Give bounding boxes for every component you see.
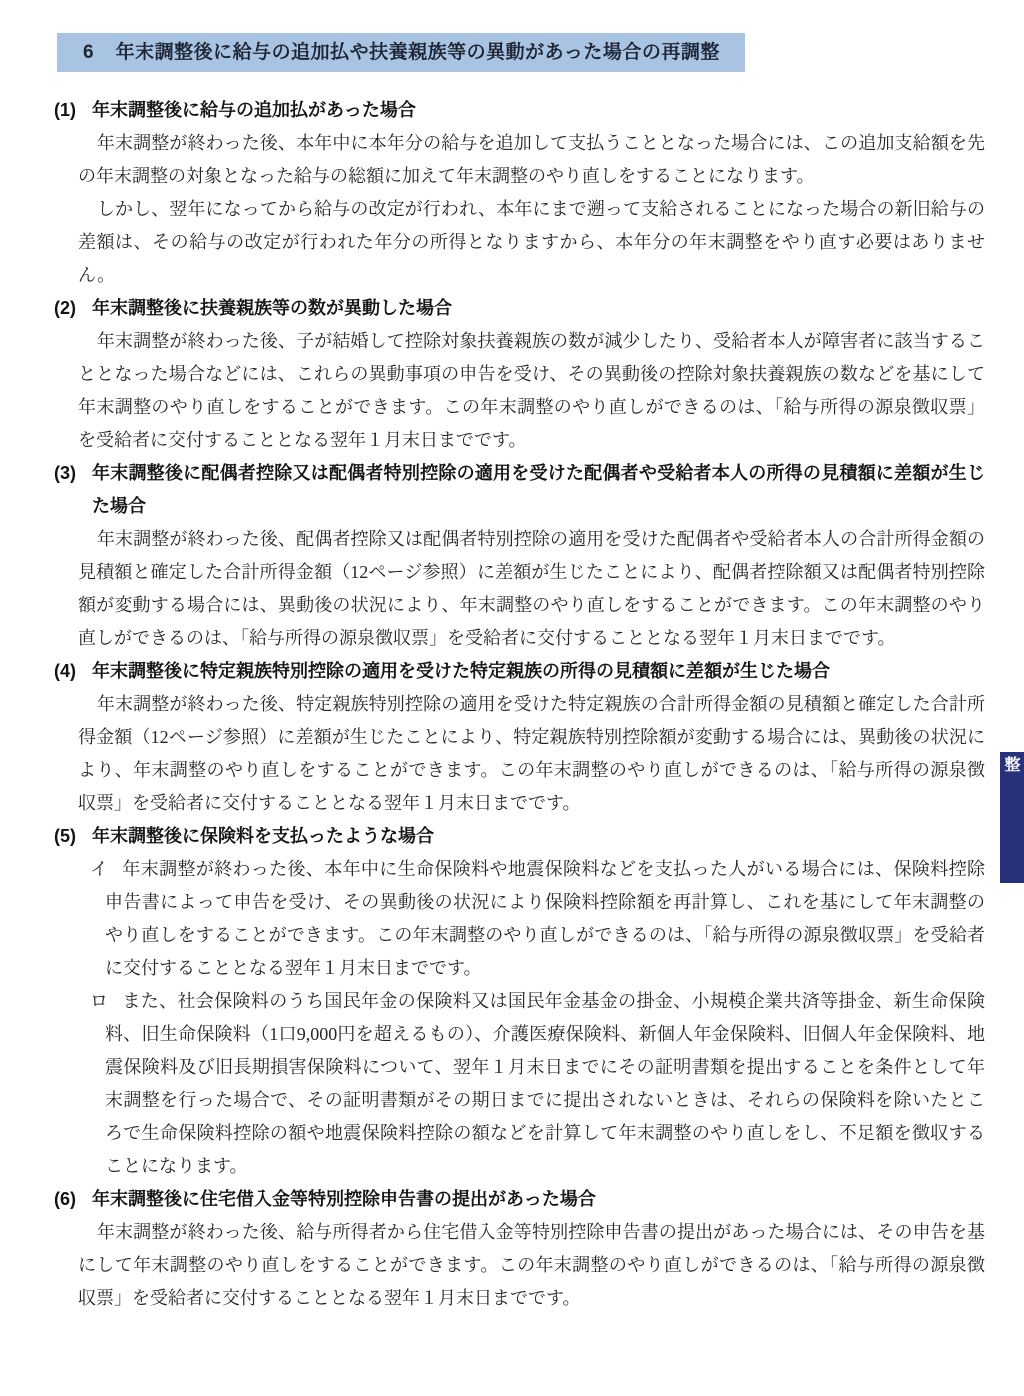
section-heading-number: (2) [54, 292, 76, 325]
section-heading: (1)年末調整後に給与の追加払があった場合 [53, 94, 985, 127]
section-heading-text: 年末調整後に給与の追加払があった場合 [92, 100, 416, 120]
section-heading-text: 年末調整後に配偶者控除又は配偶者特別控除の適用を受けた配偶者や受給者本人の所得の… [92, 463, 985, 516]
subitem-text: また、社会保険料のうち国民年金の保険料又は国民年金基金の掛金、小規模企業共済等掛… [105, 991, 985, 1176]
section-heading-number: (6) [54, 1183, 76, 1216]
section-heading-text: 年末調整後に扶養親族等の数が異動した場合 [92, 298, 452, 318]
section-heading-text: 年末調整後に保険料を支払ったような場合 [92, 826, 434, 846]
subitem-text: 年末調整が終わった後、本年中に生命保険料や地震保険料などを支払った人がいる場合に… [105, 859, 985, 978]
section-heading-number: (1) [54, 94, 76, 127]
section-paragraph: 年末調整が終わった後、子が結婚して控除対象扶養親族の数が減少したり、受給者本人が… [78, 325, 985, 457]
section-paragraph: 年末調整が終わった後、本年中に本年分の給与を追加して支払うこととなった場合には、… [78, 127, 985, 193]
page-edge-tab-label: 年末調整再調整 [999, 752, 1024, 883]
section-paragraph: しかし、翌年になってから給与の改定が行われ、本年にまで遡って支給されることになっ… [78, 193, 985, 292]
section-heading: (3)年末調整後に配偶者控除又は配偶者特別控除の適用を受けた配偶者や受給者本人の… [53, 457, 985, 523]
section-paragraph: 年末調整が終わった後、給与所得者から住宅借入金等特別控除申告書の提出があった場合… [78, 1216, 985, 1315]
section-heading: (6)年末調整後に住宅借入金等特別控除申告書の提出があった場合 [53, 1183, 985, 1216]
section-heading-text: 年末調整後に住宅借入金等特別控除申告書の提出があった場合 [92, 1189, 596, 1209]
section-header-bar: 6年末調整後に給与の追加払や扶養親族等の異動があった場合の再調整 [57, 33, 745, 72]
section-subitem: ロまた、社会保険料のうち国民年金の保険料又は国民年金基金の掛金、小規模企業共済等… [105, 985, 985, 1183]
section-subitem: イ年末調整が終わった後、本年中に生命保険料や地震保険料などを支払った人がいる場合… [105, 853, 985, 985]
section-1: (1)年末調整後に給与の追加払があった場合 年末調整が終わった後、本年中に本年分… [53, 94, 985, 292]
section-paragraph: 年末調整が終わった後、特定親族特別控除の適用を受けた特定親族の合計所得金額の見積… [78, 688, 985, 820]
page-edge-tab: 年末調整再調整 [1000, 752, 1024, 883]
subitem-marker: ロ [90, 985, 108, 1018]
section-heading-number: (3) [54, 457, 76, 490]
section-4: (4)年末調整後に特定親族特別控除の適用を受けた特定親族の所得の見積額に差額が生… [53, 655, 985, 820]
section-header-title: 年末調整後に給与の追加払や扶養親族等の異動があった場合の再調整 [116, 42, 720, 63]
section-heading-number: (5) [54, 820, 76, 853]
section-5: (5)年末調整後に保険料を支払ったような場合 イ年末調整が終わった後、本年中に生… [53, 820, 985, 1183]
section-2: (2)年末調整後に扶養親族等の数が異動した場合 年末調整が終わった後、子が結婚し… [53, 292, 985, 457]
section-header-number: 6 [83, 42, 94, 63]
section-heading-text: 年末調整後に特定親族特別控除の適用を受けた特定親族の所得の見積額に差額が生じた場… [92, 661, 830, 681]
section-heading: (4)年末調整後に特定親族特別控除の適用を受けた特定親族の所得の見積額に差額が生… [53, 655, 985, 688]
document-body: (1)年末調整後に給与の追加払があった場合 年末調整が終わった後、本年中に本年分… [53, 94, 985, 1315]
section-heading-number: (4) [54, 655, 76, 688]
section-paragraph: 年末調整が終わった後、配偶者控除又は配偶者特別控除の適用を受けた配偶者や受給者本… [78, 523, 985, 655]
section-heading: (5)年末調整後に保険料を支払ったような場合 [53, 820, 985, 853]
section-6: (6)年末調整後に住宅借入金等特別控除申告書の提出があった場合 年末調整が終わっ… [53, 1183, 985, 1315]
subitem-marker: イ [90, 853, 108, 886]
section-heading: (2)年末調整後に扶養親族等の数が異動した場合 [53, 292, 985, 325]
section-3: (3)年末調整後に配偶者控除又は配偶者特別控除の適用を受けた配偶者や受給者本人の… [53, 457, 985, 655]
